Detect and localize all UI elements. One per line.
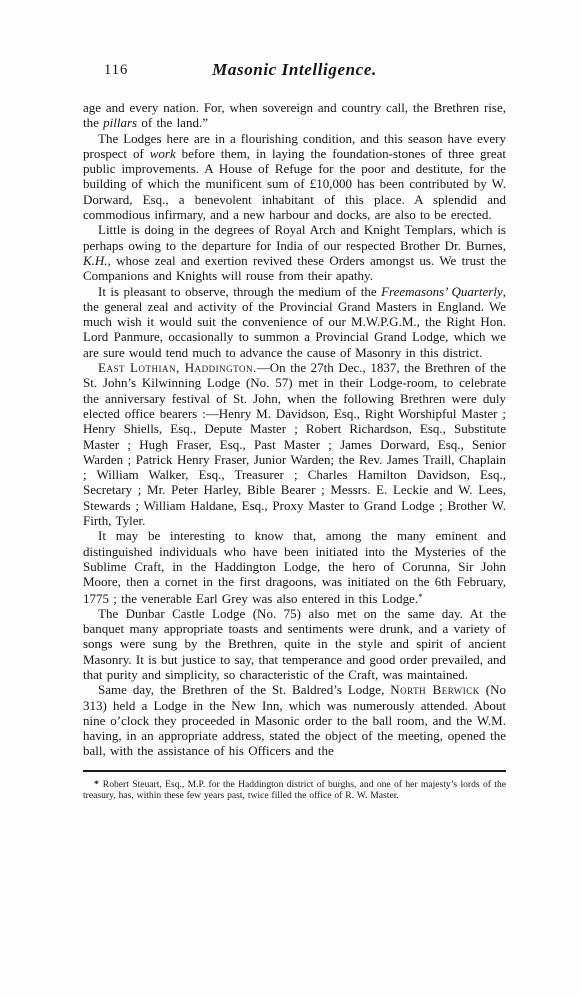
footnote-divider: [83, 770, 506, 772]
text-segment: Same day, the Brethren of the St. Baldre…: [98, 682, 390, 697]
page-header: 116 Masonic Intelligence.: [83, 60, 506, 84]
paragraph: It is pleasant to observe, through the m…: [83, 284, 506, 360]
text-segment-italic: pillars: [103, 115, 137, 130]
text-segment: It is pleasant to observe, through the m…: [98, 284, 381, 299]
text-segment: of the land.”: [137, 115, 208, 130]
footnote-marker: *: [94, 779, 103, 790]
text-segment: The Dunbar Castle Lodge (No. 75) also me…: [83, 606, 506, 682]
paragraph: age and every nation. For, when sovereig…: [83, 100, 506, 131]
footnote-text: Robert Steuart, Esq., M.P. for the Haddi…: [83, 779, 506, 802]
body-text: age and every nation. For, when sovereig…: [83, 100, 506, 759]
text-segment: , whose zeal and exertion revived these …: [83, 253, 506, 283]
text-segment-smallcaps: North Berwick: [390, 682, 480, 697]
paragraph: The Lodges here are in a flourishing con…: [83, 131, 506, 223]
paragraph: It may be interesting to know that, amon…: [83, 528, 506, 605]
paragraph: The Dunbar Castle Lodge (No. 75) also me…: [83, 606, 506, 682]
text-segment: It may be interesting to know that, amon…: [83, 528, 506, 605]
scanned-book-page: 116 Masonic Intelligence. age and every …: [0, 0, 582, 998]
footnote: *Robert Steuart, Esq., M.P. for the Hadd…: [83, 779, 506, 802]
paragraph: East Lothian, Haddington.—On the 27th De…: [83, 360, 506, 528]
text-segment-italic: K.H.: [83, 253, 108, 268]
running-title: Masonic Intelligence.: [83, 60, 506, 80]
paragraph: Same day, the Brethren of the St. Baldre…: [83, 682, 506, 758]
text-segment: Little is doing in the degrees of Royal …: [83, 222, 506, 252]
text-segment-fnref: *: [418, 592, 423, 602]
text-segment-italic: Freemasons’ Quarterly: [381, 284, 503, 299]
text-segment-italic: work: [150, 146, 176, 161]
text-segment-smallcaps: East Lothian, Haddington.: [98, 360, 257, 375]
paragraph: Little is doing in the degrees of Royal …: [83, 222, 506, 283]
text-segment: —On the 27th Dec., 1837, the Brethren of…: [83, 360, 506, 528]
